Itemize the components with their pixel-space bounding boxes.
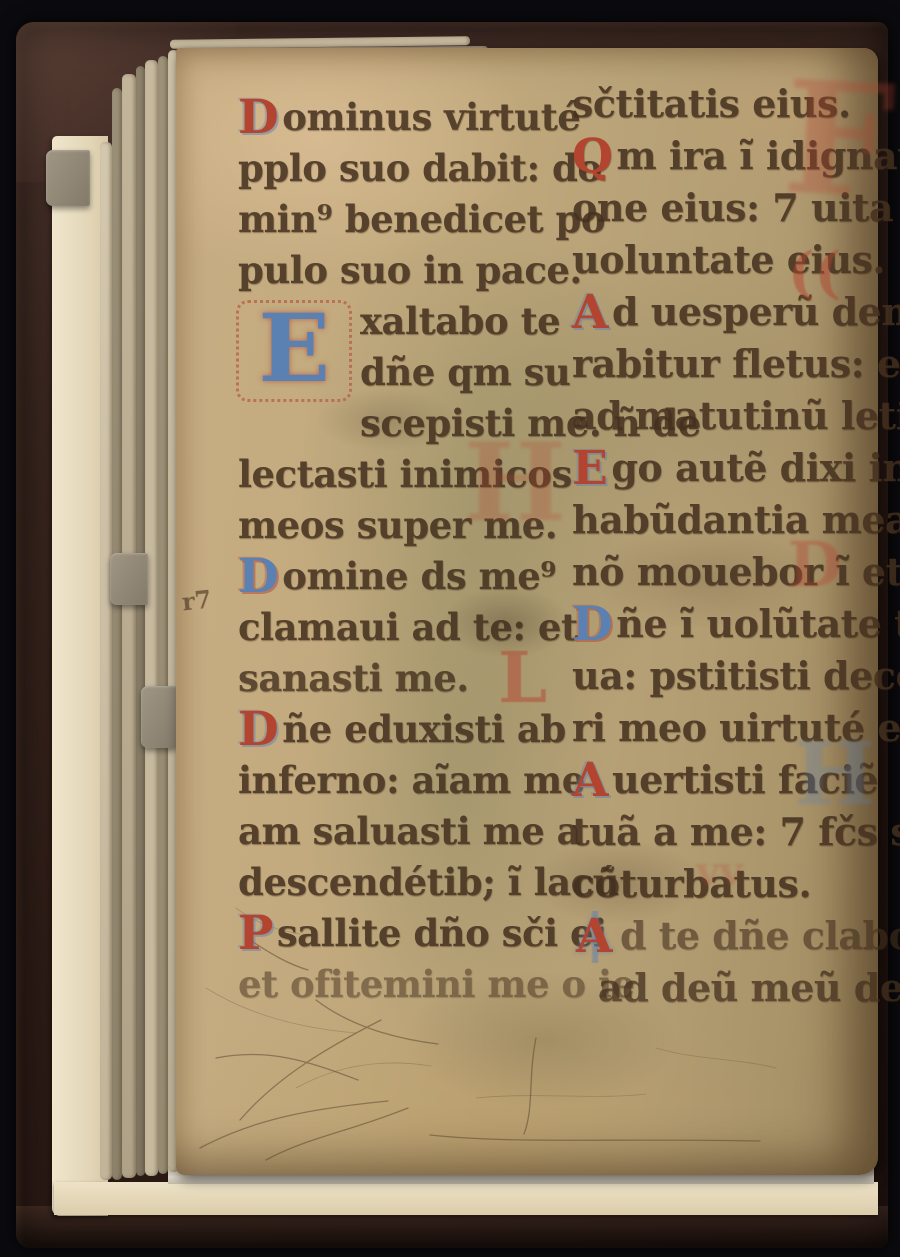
line-text: sallite dño sči ei [277,911,607,955]
line-text: sanasti me. [238,656,469,700]
line-text: inferno: aĩam me [238,758,585,802]
line-text: meos super me. [238,503,557,547]
illuminated-initial: D [238,92,278,143]
line-text: m ira ĩ idignati [616,133,900,178]
line-text: am saluasti me a [238,809,580,853]
line-text: uoluntate eius. [572,237,885,282]
text-line: ri meo uirtuté em. [572,702,884,754]
line-text: tuã a me: 7 fčs sũ [572,809,900,854]
line-text: lectasti inimicos [238,452,572,496]
index-tab [110,553,148,605]
page-edge-strip [122,74,136,1178]
text-line: Auertisti faciẽ [572,754,884,806]
page-edge-strip [100,142,112,1180]
text-line: lectasti inimicos [238,449,560,500]
line-text: clamaui ad te: et [238,605,578,649]
text-line: ad deũ meũ depcabo [572,962,884,1014]
illuminated-initial: D [238,704,278,755]
text-line: Ad te dñe clabo [572,910,884,962]
text-line: one eius: 7 uita ĩ [572,182,884,234]
illuminated-initial: P [238,908,273,959]
text-line: habũdantia mea: [572,494,884,546]
line-text: one eius: 7 uita ĩ [572,185,900,230]
line-text: d te dñe clabo [620,913,900,958]
line-text: cõturbatus. [572,861,811,906]
line-text: sčtitatis eius. [572,81,851,126]
text-line: scepisti me. ñ de [238,398,560,449]
text-line: ua: pstitisti deco [572,650,884,702]
text-column-left: Dominus virtutépplo suo dabit: domin⁹ be… [238,92,560,1010]
line-text: ad matutinũ letia. [572,393,900,438]
line-text: pplo suo dabit: do [238,146,602,190]
line-text: nõ mouebor ĩ etnũ. [572,549,900,594]
line-text: habũdantia mea: [572,497,900,542]
page-edge-strip [158,56,168,1174]
line-text: xaltabo te [360,299,560,343]
illuminated-initial: A [572,755,608,807]
text-line: rabitur fletus: et [572,338,884,390]
text-line: Ad uesperũ demo [572,286,884,338]
text-line: min⁹ benedicet po [238,194,560,245]
line-text: ua: pstitisti deco [572,653,900,698]
line-text: ad deũ meũ depcabo [598,965,900,1010]
illuminated-initial: A [572,911,616,963]
text-line: inferno: aĩam me [238,755,560,806]
illuminated-initial: E [572,443,607,495]
text-line: Dominus virtuté [238,92,560,143]
text-line: et ofitemini me o ie [238,959,560,1010]
line-text: rabitur fletus: et [572,341,900,386]
text-line: clamaui ad te: et [238,602,560,653]
text-line: nõ mouebor ĩ etnũ. [572,546,884,598]
text-line: descendétib; ĩ lacú [238,857,560,908]
illuminated-initial: D [572,599,612,651]
photo-backdrop: Dominus virtutépplo suo dabit: domin⁹ be… [0,0,900,1257]
illuminated-initial: A [572,287,608,339]
page-edge-strip [136,66,145,1176]
line-text: ri meo uirtuté em. [572,705,900,750]
text-line: tuã a me: 7 fčs sũ [572,806,884,858]
text-line: meos super me. [238,500,560,551]
flyleaf-paper-edge-bottom [54,1182,878,1215]
index-tab [46,150,90,206]
line-text: go autẽ dixi in [611,445,900,490]
page-edge-strip [145,60,158,1176]
line-text: uertisti faciẽ [612,757,878,802]
text-line: Psallite dño sči ei [238,908,560,959]
illuminated-initial: D [238,551,278,602]
text-line: Qm ira ĩ idignati [572,130,884,182]
line-text: omine ds me⁹ [282,554,556,598]
line-text: descendétib; ĩ lacú [238,860,619,904]
line-text: ñe ĩ uolũtate tu [616,601,900,646]
illuminated-initial: Q [572,131,612,183]
text-line: sčtitatis eius. [572,78,884,130]
text-line: sanasti me. [238,653,560,704]
text-line: am saluasti me a [238,806,560,857]
index-tab [141,686,177,748]
line-text: ñe eduxisti ab [282,707,565,751]
line-text: d uesperũ demo [612,289,900,334]
text-line: Dñe eduxisti ab [238,704,560,755]
page-edge-strip [112,88,122,1180]
text-line: pplo suo dabit: do [238,143,560,194]
line-text: ominus virtuté [282,95,580,139]
text-line: Ego autẽ dixi in [572,442,884,494]
text-column-right: sčtitatis eius.Qm ira ĩ idignatione eius… [572,78,884,1014]
line-text: pulo suo in pace. [238,248,582,292]
manuscript-page: Dominus virtutépplo suo dabit: domin⁹ be… [176,48,878,1175]
text-line: Dñe ĩ uolũtate tu [572,598,884,650]
text-line: Domine ds me⁹ [238,551,560,602]
show-through-mark: r7 [181,585,213,617]
line-text: dñe qm su [360,350,570,394]
text-line: uoluntate eius. [572,234,884,286]
text-line: ad matutinũ letia. [572,390,884,442]
text-line: Exaltabo te [238,296,560,347]
illuminated-initial: E [236,300,352,402]
line-text: min⁹ benedicet po [238,197,605,241]
text-line: pulo suo in pace. [238,245,560,296]
text-line: cõturbatus. [572,858,884,910]
